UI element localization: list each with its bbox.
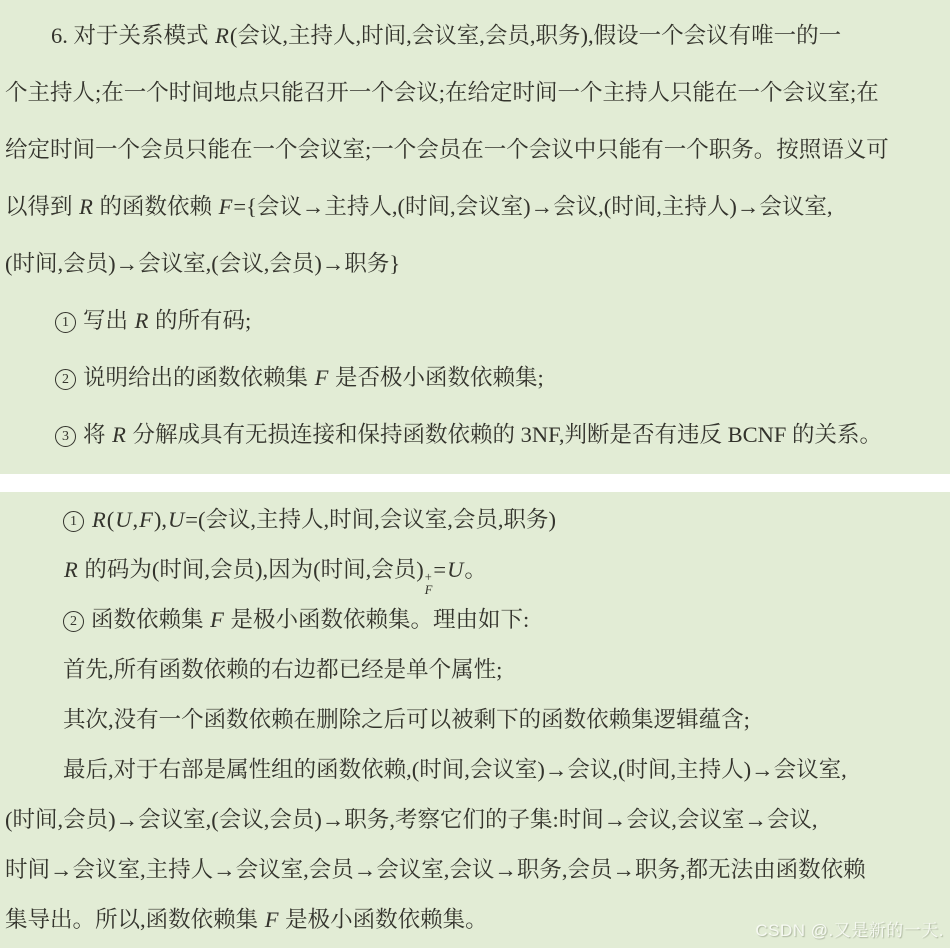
text-segment: (会议,主持人,时间,会议室,会员,职务),假设一个会议有唯一的一: [230, 23, 841, 48]
text-segment: 的码为(时间,会员),因为(时间,会员): [79, 557, 424, 582]
text-segment: 6. 对于关系模式: [51, 23, 214, 48]
document-page: 6. 对于关系模式 R(会议,主持人,时间,会议室,会员,职务),假设一个会议有…: [0, 0, 950, 948]
text-segment: (时间,会员)→会议室,(会议,会员)→职务,考察它们的子集:时间→会议,会议室…: [5, 807, 817, 832]
text-segment: 个主持人;在一个时间地点只能召开一个会议;在给定时间一个主持人只能在一个会议室;…: [5, 80, 879, 105]
circled-number: 3: [55, 426, 76, 447]
text-segment: 最后,对于右部是属性组的函数依赖,(时间,会议室)→会议,(时间,主持人)→会议…: [63, 757, 847, 782]
math-variable: U: [446, 557, 464, 582]
math-variable: F: [264, 907, 280, 932]
math-variable: U: [114, 507, 132, 532]
text-line: 时间→会议室,主持人→会议室,会员→会议室,会议→职务,会员→职务,都无法由函数…: [5, 845, 945, 895]
section-divider: [0, 474, 950, 492]
text-segment: =(会议,主持人,时间,会议室,会员,职务): [185, 507, 556, 532]
text-segment: =: [433, 557, 446, 582]
text-line: 1写出 R 的所有码;: [5, 292, 945, 349]
circled-number: 1: [63, 511, 84, 532]
math-variable: F: [209, 607, 225, 632]
text-segment: 首先,所有函数依赖的右边都已经是单个属性;: [63, 657, 502, 682]
text-segment: 说明给出的函数依赖集: [83, 365, 314, 390]
text-segment: 函数依赖集: [91, 607, 209, 632]
text-segment: 其次,没有一个函数依赖在删除之后可以被剩下的函数依赖集逻辑蕴含;: [63, 707, 750, 732]
question-block: 6. 对于关系模式 R(会议,主持人,时间,会议室,会员,职务),假设一个会议有…: [0, 0, 950, 474]
text-line: 个主持人;在一个时间地点只能召开一个会议;在给定时间一个主持人只能在一个会议室;…: [5, 64, 945, 121]
math-variable: R: [63, 557, 79, 582]
math-variable: R: [134, 308, 150, 333]
closure-superscript-subscript: +F: [425, 571, 433, 597]
text-line: 最后,对于右部是属性组的函数依赖,(时间,会议室)→会议,(时间,主持人)→会议…: [5, 745, 945, 795]
text-segment: 是否极小函数依赖集;: [329, 365, 543, 390]
text-segment: ),: [154, 507, 167, 532]
text-line: R 的码为(时间,会员),因为(时间,会员)+F=U。: [5, 545, 945, 595]
text-line: 3将 R 分解成具有无损连接和保持函数依赖的 3NF,判断是否有违反 BCNF …: [5, 406, 945, 463]
text-line: 1R(U,F),U=(会议,主持人,时间,会议室,会员,职务): [5, 495, 945, 545]
text-line: 2说明给出的函数依赖集 F 是否极小函数依赖集;: [5, 349, 945, 406]
text-segment: 分解成具有无损连接和保持函数依赖的 3NF,判断是否有违反 BCNF 的关系。: [127, 422, 882, 447]
text-line: 其次,没有一个函数依赖在删除之后可以被剩下的函数依赖集逻辑蕴含;: [5, 695, 945, 745]
math-variable: R: [111, 422, 127, 447]
text-segment: 的函数依赖: [94, 194, 218, 219]
text-segment: (时间,会员)→会议室,(会议,会员)→职务}: [5, 251, 400, 276]
math-variable: R: [91, 507, 107, 532]
text-line: 2函数依赖集 F 是极小函数依赖集。理由如下:: [5, 595, 945, 645]
text-segment: 时间→会议室,主持人→会议室,会员→会议室,会议→职务,会员→职务,都无法由函数…: [5, 857, 866, 882]
text-segment: 是极小函数依赖集。: [280, 907, 488, 932]
csdn-watermark: CSDN @.又是新的一天.: [755, 916, 944, 941]
text-line: 给定时间一个会员只能在一个会议室;一个会员在一个会议中只能有一个职务。按照语义可: [5, 121, 945, 178]
text-line: (时间,会员)→会议室,(会议,会员)→职务,考察它们的子集:时间→会议,会议室…: [5, 795, 945, 845]
text-segment: 给定时间一个会员只能在一个会议室;一个会员在一个会议中只能有一个职务。按照语义可: [5, 137, 889, 162]
math-variable: F: [138, 507, 154, 532]
text-line: 6. 对于关系模式 R(会议,主持人,时间,会议室,会员,职务),假设一个会议有…: [5, 7, 945, 64]
text-line: 首先,所有函数依赖的右边都已经是单个属性;: [5, 645, 945, 695]
circled-number: 2: [63, 611, 84, 632]
circled-number: 2: [55, 369, 76, 390]
text-segment: 以得到: [5, 194, 78, 219]
circled-number: 1: [55, 312, 76, 333]
math-variable: R: [78, 194, 94, 219]
answer-block: 1R(U,F),U=(会议,主持人,时间,会议室,会员,职务)R 的码为(时间,…: [0, 492, 950, 948]
text-line: (时间,会员)→会议室,(会议,会员)→职务}: [5, 235, 945, 292]
text-segment: 是极小函数依赖集。理由如下:: [225, 607, 529, 632]
text-segment: 的所有码;: [149, 308, 251, 333]
text-segment: 写出: [83, 308, 134, 333]
text-line: 以得到 R 的函数依赖 F={会议→主持人,(时间,会议室)→会议,(时间,主持…: [5, 178, 945, 235]
text-segment: 。: [464, 557, 487, 582]
text-segment: 集导出。所以,函数依赖集: [5, 907, 264, 932]
text-segment: ={会议→主持人,(时间,会议室)→会议,(时间,主持人)→会议室,: [233, 194, 832, 219]
math-variable: F: [218, 194, 234, 219]
text-segment: 将: [83, 422, 111, 447]
math-variable: F: [314, 365, 330, 390]
math-variable: R: [214, 23, 230, 48]
math-variable: U: [167, 507, 185, 532]
